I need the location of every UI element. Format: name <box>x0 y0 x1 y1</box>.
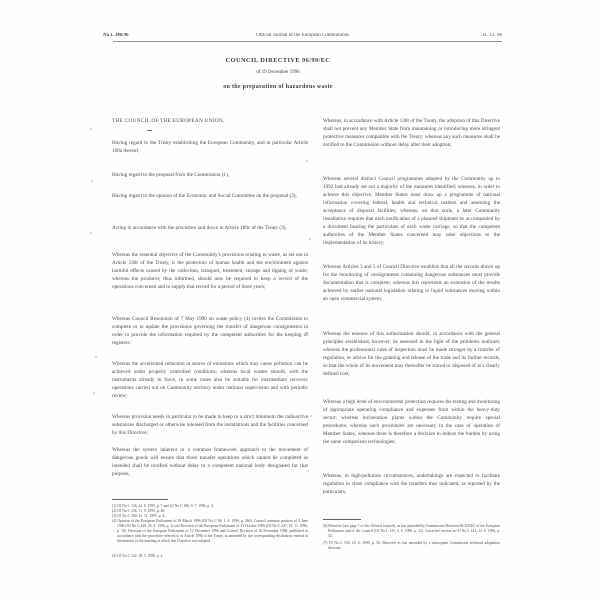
header-date: 31. 12. 96 <box>482 33 502 38</box>
recital-paragraph: Whereas Articles 3 and 5 of Council Dire… <box>323 263 500 303</box>
footnote: (6) Directive (see page 7 of this Offici… <box>323 524 500 539</box>
recital-paragraph: Having regard to the proposal from the C… <box>112 171 308 179</box>
scan-speck <box>95 356 97 358</box>
journal-name: Official Journal of the European Communi… <box>103 33 502 38</box>
scan-speck <box>90 232 92 234</box>
left-column: THE COUNCIL OF THE EUROPEAN UNION, Havin… <box>112 115 308 585</box>
recital-paragraph: Having regard to the Treaty establishing… <box>112 139 308 155</box>
recital-paragraph: Whereas the system inherent in a common … <box>112 446 308 478</box>
recital-paragraph: Whereas a high level of environmental pr… <box>323 398 500 446</box>
directive-subject: on the preparation of hazardous waste <box>58 84 498 90</box>
scan-layer: No L 346/96 Official Journal of the Euro… <box>0 0 600 600</box>
scanned-page: No L 346/96 Official Journal of the Euro… <box>0 0 600 600</box>
recital-paragraph: Whereas the accelerated reduction at sou… <box>112 360 308 400</box>
scan-speck <box>305 332 307 334</box>
footnote-rule <box>323 519 361 520</box>
recital-paragraph: Whereas Council Resolution of 7 May 1990… <box>112 315 308 347</box>
footnote-rule <box>112 499 168 500</box>
recital-paragraph: Whereas provision needs in particular to… <box>112 413 308 437</box>
recital-paragraph: Whereas, in accordance with Article 130t… <box>323 117 500 149</box>
header-rule <box>113 41 502 42</box>
recital-paragraph: Whereas, in high-pollution circumstances… <box>323 472 500 496</box>
scan-speck <box>306 160 308 162</box>
scan-speck <box>310 415 312 417</box>
scan-artifact <box>147 130 152 131</box>
scan-speck <box>309 238 311 240</box>
recital-paragraph: Acting in accordance with the procedure … <box>112 224 308 232</box>
page-header: No L 346/96 Official Journal of the Euro… <box>103 33 502 41</box>
footnote: (7) OJ No L 158, 23. 6. 1990, p. 56. Dir… <box>323 541 500 551</box>
directive-title: COUNCIL DIRECTIVE 96/99/EC <box>58 57 498 64</box>
recital-paragraph: Whereas several distinct Council program… <box>323 175 500 247</box>
scan-speck <box>91 180 93 182</box>
recital-paragraph: Whereas the essential objective of the C… <box>112 251 308 291</box>
directive-date: of 19 December 1996 <box>58 70 498 75</box>
scan-speck <box>93 392 95 394</box>
recital-paragraph: Having regard to the opinion of the Econ… <box>112 192 308 200</box>
footnote: (4) Opinion of the European Parliament o… <box>112 519 308 544</box>
council-opening: THE COUNCIL OF THE EUROPEAN UNION, <box>112 117 308 125</box>
footnote: (5) OJ No C 122, 18. 5. 1990, p. 2. <box>112 554 308 559</box>
recital-paragraph: Whereas the essence of this authorizatio… <box>323 330 500 378</box>
scan-speck <box>90 128 92 130</box>
right-column: Whereas, in accordance with Article 130t… <box>323 115 500 585</box>
scan-speck <box>307 470 309 472</box>
